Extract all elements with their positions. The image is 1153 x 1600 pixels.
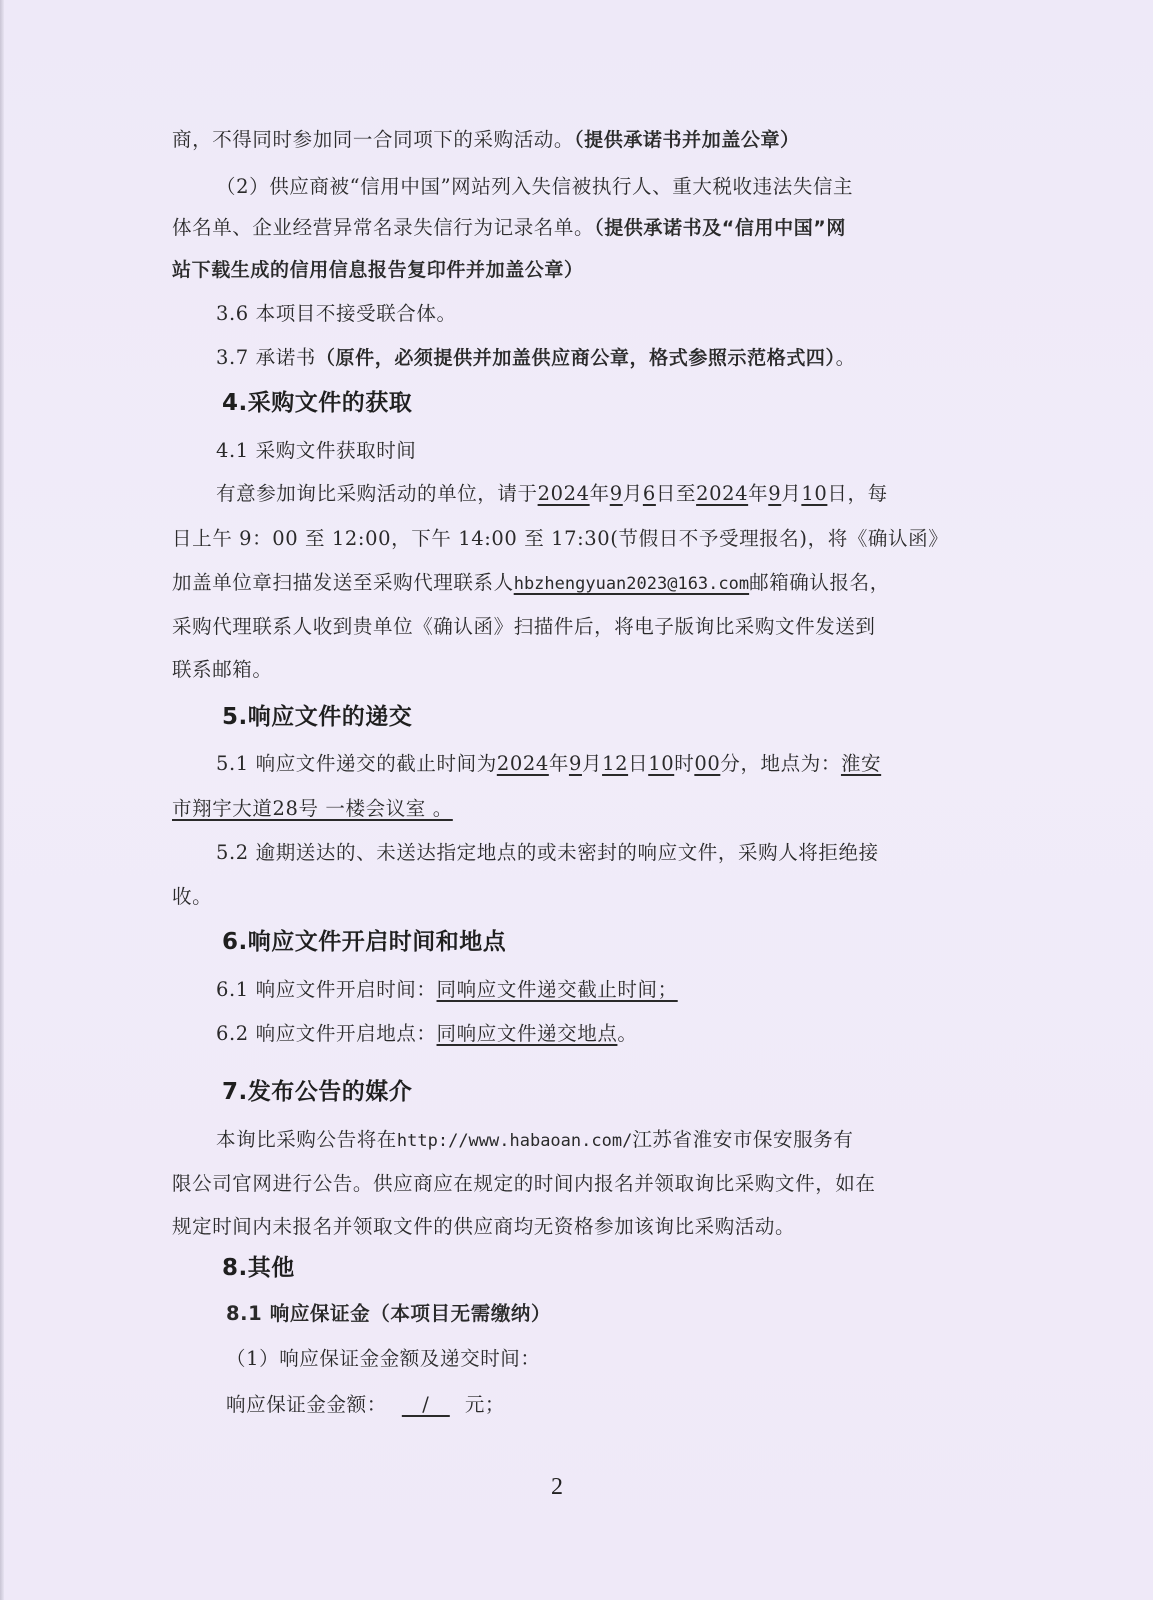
page-number: 2 (551, 1474, 563, 1501)
paragraph-text: 联系邮箱。 (172, 657, 273, 683)
value: 同响应文件递交截止时间； (437, 978, 678, 1001)
text: 分，地点为： (720, 752, 841, 775)
text: 。 (836, 346, 856, 369)
email-instruction: 加盖单位章扫描发送至采购代理联系人hbzhengyuan2023@163.com… (172, 570, 890, 597)
section-8-heading: 8.其他 (222, 1253, 295, 1283)
text: 有意参加询比采购活动的单位，请于 (216, 482, 538, 505)
paragraph-text: 规定时间内未报名并领取文件的供应商均无资格参加该询比采购活动。 (172, 1214, 795, 1240)
bold-note: （提供承诺书并加盖公章） (574, 129, 800, 151)
deadline-day: 12 (602, 752, 628, 775)
announcement-media: 本询比采购公告将在http://www.habaoan.com/江苏省淮安市保安… (216, 1127, 853, 1154)
clause-4-1: 4.1 采购文件获取时间 (216, 438, 416, 464)
bold-note: 站下载生成的信用信息报告复印件并加盖公章） (172, 259, 584, 281)
clause-5-2: 5.2 逾期送达的、未送达指定地点的或未密封的响应文件，采购人将拒绝接 (216, 840, 879, 866)
clause-5-2-cont: 收。 (172, 884, 212, 910)
contact-email-link[interactable]: hbzhengyuan2023@163.com (514, 574, 749, 594)
paragraph-item-2: （2）供应商被“信用中国”网站列入失信被执行人、重大税收违法失信主 (216, 174, 853, 200)
text: 体名单、企业经营异常名录失信行为记录名单。 (172, 216, 594, 239)
location: 淮安 (841, 752, 881, 775)
text: 3.6 本项目不接受联合体。 (216, 302, 457, 325)
start-month: 9 (610, 482, 623, 505)
website-link[interactable]: http://www.habaoan.com/ (397, 1131, 632, 1151)
deadline-hour: 10 (648, 752, 674, 775)
end-year: 2024 (696, 482, 748, 505)
text: 年 (590, 482, 610, 505)
text: 江苏省淮安市保安服务有 (632, 1128, 853, 1151)
paragraph-text: 限公司官网进行公告。供应商应在规定的时间内报名并领取询比采购文件，如在 (172, 1171, 876, 1197)
section-7-heading: 7.发布公告的媒介 (222, 1077, 412, 1107)
text: 3.7 承诺书 (216, 346, 316, 369)
paragraph-text: 采购代理联系人收到贵单位《确认函》扫描件后，将电子版询比采购文件发送到 (172, 614, 876, 640)
bold-note: （提供承诺书及“信用中国”网 (594, 217, 846, 239)
text: 月 (781, 482, 801, 505)
text: 日 (628, 752, 648, 775)
acquisition-period: 有意参加询比采购活动的单位，请于2024年9月6日至2024年9月10日，每 (216, 481, 888, 507)
deadline-year: 2024 (497, 752, 549, 775)
text: 年 (549, 752, 569, 775)
text: 时 (674, 752, 694, 775)
label: 6.1 响应文件开启时间： (216, 978, 437, 1001)
label: 6.2 响应文件开启地点： (216, 1022, 437, 1045)
location: 市翔宇大道28号 一楼会议室 。 (172, 797, 453, 820)
clause-8-1: 8.1 响应保证金（本项目无需缴纳） (226, 1301, 551, 1327)
text: 日，每 (827, 482, 887, 505)
end-day: 10 (801, 482, 827, 505)
deposit-amount: 响应保证金金额： / 元； (226, 1392, 505, 1418)
clause-3-6: 3.6 本项目不接受联合体。 (216, 301, 457, 327)
text: 月 (582, 752, 602, 775)
office-hours: 日上午 9：00 至 12:00，下午 14:00 至 17:30(节假日不予受… (172, 526, 948, 552)
end-month: 9 (768, 482, 781, 505)
text: 5.1 响应文件递交的截止时间为 (216, 752, 497, 775)
location-cont: 市翔宇大道28号 一楼会议室 。 (172, 796, 453, 822)
text: 。 (617, 1022, 637, 1045)
paragraph-item-2-cont2: 站下载生成的信用信息报告复印件并加盖公章） (172, 257, 584, 283)
text: 年 (748, 482, 768, 505)
label: 响应保证金金额： (226, 1393, 387, 1416)
start-year: 2024 (538, 482, 590, 505)
text: 加盖单位章扫描发送至采购代理联系人 (172, 571, 514, 594)
unit: 元； (465, 1393, 505, 1416)
start-day: 6 (643, 482, 656, 505)
text: 邮箱确认报名， (749, 571, 890, 594)
bold-note: （原件，必须提供并加盖供应商公章，格式参照示范格式四） (316, 347, 836, 369)
text: 商，不得同时参加同一合同项下的采购活动。 (172, 128, 574, 151)
submission-deadline: 5.1 响应文件递交的截止时间为2024年9月12日10时00分，地点为：淮安 (216, 751, 881, 777)
paragraph-item-2-cont: 体名单、企业经营异常名录失信行为记录名单。（提供承诺书及“信用中国”网 (172, 215, 846, 241)
clause-8-1-item-1: （1）响应保证金金额及递交时间： (226, 1346, 541, 1372)
text: 本询比采购公告将在 (216, 1128, 397, 1151)
paragraph-continuation: 商，不得同时参加同一合同项下的采购活动。（提供承诺书并加盖公章） (172, 127, 800, 153)
section-6-heading: 6.响应文件开启时间和地点 (222, 927, 506, 957)
scan-page-edge (0, 0, 4, 1600)
deadline-minute: 00 (694, 752, 720, 775)
text: （2）供应商被“信用中国”网站列入失信被执行人、重大税收违法失信主 (216, 175, 853, 198)
section-4-heading: 4.采购文件的获取 (222, 388, 412, 418)
value: 同响应文件递交地点 (437, 1022, 618, 1045)
opening-time: 6.1 响应文件开启时间：同响应文件递交截止时间； (216, 977, 678, 1003)
opening-place: 6.2 响应文件开启地点：同响应文件递交地点。 (216, 1021, 638, 1047)
text: 日至 (656, 482, 696, 505)
text: 月 (623, 482, 643, 505)
clause-3-7: 3.7 承诺书（原件，必须提供并加盖供应商公章，格式参照示范格式四）。 (216, 345, 856, 371)
deadline-month: 9 (569, 752, 582, 775)
amount-value: / (387, 1392, 465, 1418)
section-5-heading: 5.响应文件的递交 (222, 702, 412, 732)
